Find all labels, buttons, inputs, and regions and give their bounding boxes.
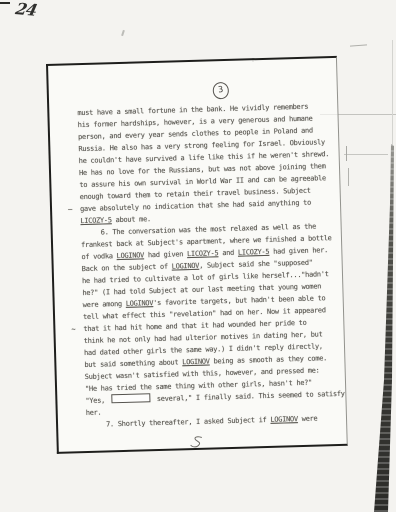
- cryptonym: LOGINOV: [117, 251, 145, 260]
- handwritten-page-number: 24: [14, 0, 39, 20]
- footer-pen-squiggle: [189, 435, 207, 451]
- cryptonym: LICOZY-5: [238, 248, 270, 257]
- scan-artifact-tick: [348, 168, 349, 186]
- cryptonym: LOGINOV: [182, 358, 210, 367]
- scan-edge-mark: [0, 2, 10, 4]
- pencil-tick-mark: [121, 30, 125, 36]
- scan-artifact-line: [344, 154, 388, 155]
- pencil-margin-mark: —: [68, 203, 73, 215]
- scan-artifact-tick: [346, 146, 347, 161]
- scan-artifact-dash: [350, 44, 367, 46]
- scanned-document-page: 24 3 must have a small fortune in the ba…: [0, 0, 396, 512]
- redaction-box: [111, 393, 150, 403]
- scan-binding-shadow: [370, 144, 396, 512]
- typed-page-frame: 3 must have a small fortune in the bank.…: [46, 56, 348, 454]
- cryptonym: LOGINOV: [270, 415, 298, 424]
- cryptonym: LICOZY-5: [80, 216, 112, 225]
- cryptonym: LOGINOV: [126, 299, 154, 308]
- cryptonym: LICOZY-5: [187, 249, 219, 258]
- page-edge-line: [392, 40, 393, 152]
- cryptonym: LOGINOV: [172, 262, 200, 271]
- circled-page-number: 3: [212, 81, 230, 100]
- typed-text-block: must have a small fortune in the bank. H…: [77, 100, 344, 431]
- pencil-margin-mark: ~: [71, 323, 76, 335]
